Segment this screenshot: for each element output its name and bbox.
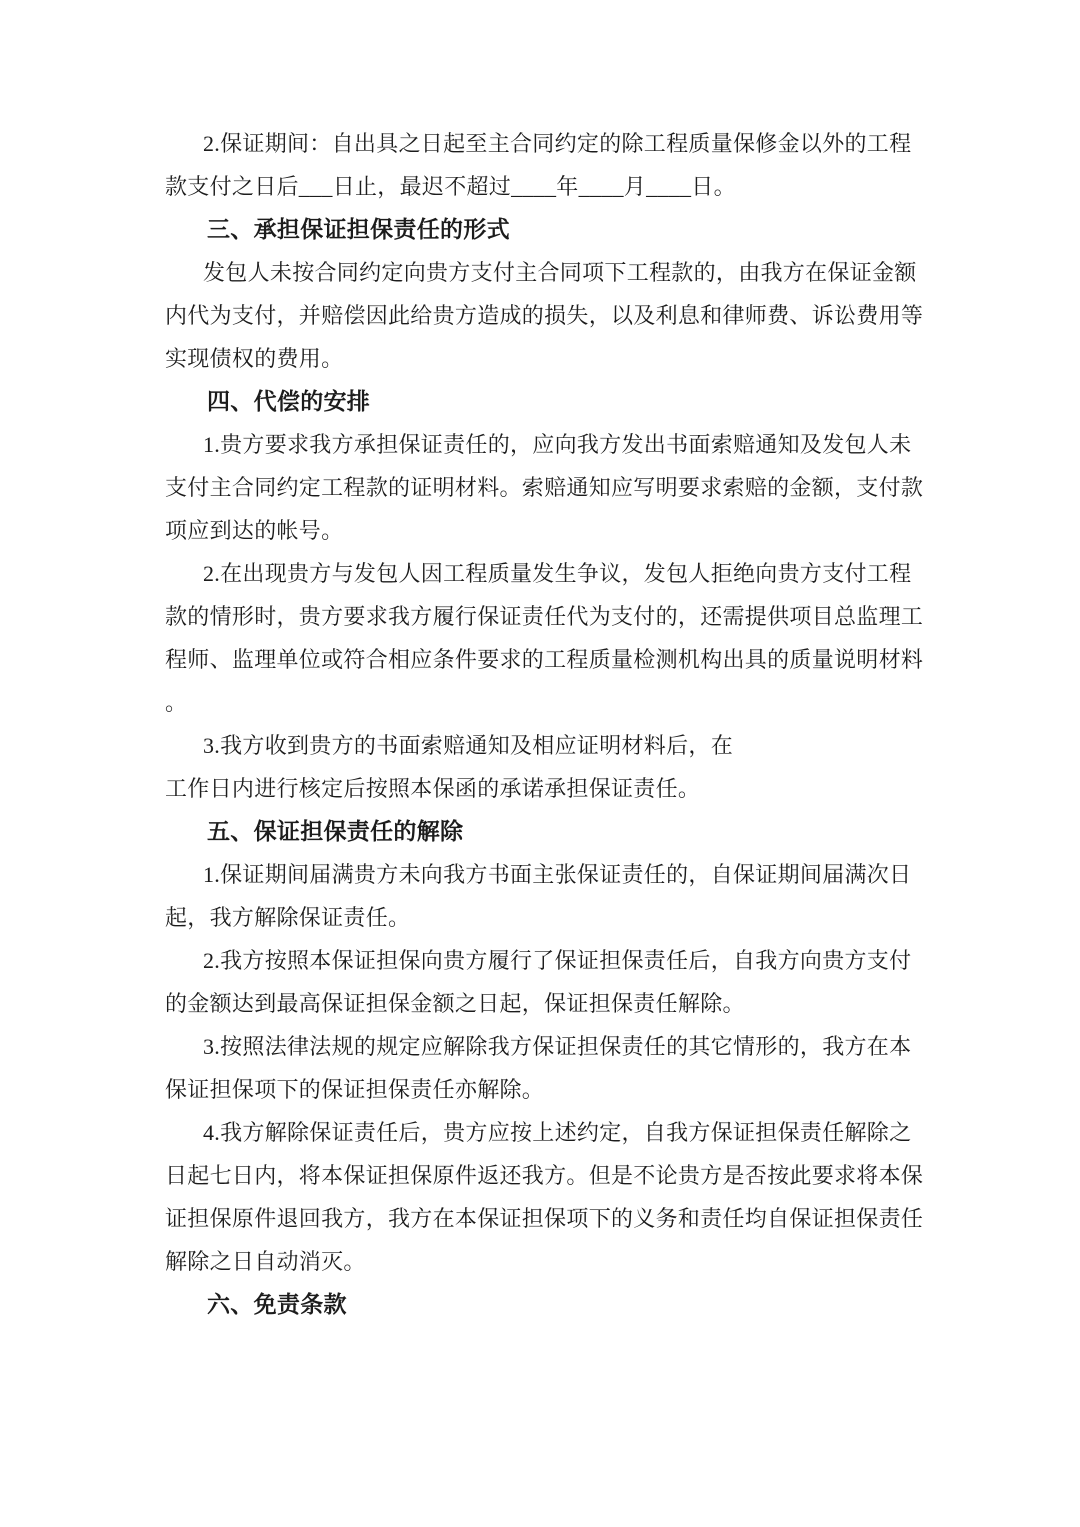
- paragraph-line: 2.在出现贵方与发包人因工程质量发生争议，发包人拒绝向贵方支付工程: [165, 552, 917, 595]
- paragraph-line: 2.我方按照本保证担保向贵方履行了保证担保责任后，自我方向贵方支付: [165, 939, 917, 982]
- paragraph-line: 日起七日内，将本保证担保原件返还我方。但是不论贵方是否按此要求将本保: [165, 1154, 917, 1197]
- paragraph-line: 起，我方解除保证责任。: [165, 896, 917, 939]
- section-heading: 三、承担保证担保责任的形式: [165, 208, 917, 251]
- paragraph-line: 1.保证期间届满贵方未向我方书面主张保证责任的，自保证期间届满次日: [165, 853, 917, 896]
- paragraph-line: 程师、监理单位或符合相应条件要求的工程质量检测机构出具的质量说明材料: [165, 638, 917, 681]
- paragraph-line: 项应到达的帐号。: [165, 509, 917, 552]
- paragraph-line: 内代为支付，并赔偿因此给贵方造成的损失，以及利息和律师费、诉讼费用等: [165, 294, 917, 337]
- paragraph-line: 款的情形时，贵方要求我方履行保证责任代为支付的，还需提供项目总监理工: [165, 595, 917, 638]
- document-body: 2.保证期间：自出具之日起至主合同约定的除工程质量保修金以外的工程 款支付之日后…: [165, 122, 917, 1326]
- paragraph-line: 发包人未按合同约定向贵方支付主合同项下工程款的，由我方在保证金额: [165, 251, 917, 294]
- document-page: 2.保证期间：自出具之日起至主合同约定的除工程质量保修金以外的工程 款支付之日后…: [0, 0, 1080, 1527]
- paragraph-line: 1.贵方要求我方承担保证责任的，应向我方发出书面索赔通知及发包人未: [165, 423, 917, 466]
- section-heading: 五、保证担保责任的解除: [165, 810, 917, 853]
- paragraph-line: 工作日内进行核定后按照本保函的承诺承担保证责任。: [165, 767, 917, 810]
- paragraph-line: 3.我方收到贵方的书面索赔通知及相应证明材料后，在: [165, 724, 917, 767]
- section-heading: 四、代偿的安排: [165, 380, 917, 423]
- paragraph-line: 的金额达到最高保证担保金额之日起，保证担保责任解除。: [165, 982, 917, 1025]
- paragraph-line: 支付主合同约定工程款的证明材料。索赔通知应写明要求索赔的金额，支付款: [165, 466, 917, 509]
- paragraph-line: 证担保原件退回我方，我方在本保证担保项下的义务和责任均自保证担保责任: [165, 1197, 917, 1240]
- section-heading: 六、免责条款: [165, 1283, 917, 1326]
- paragraph-line: 款支付之日后___日止，最迟不超过____年____月____日。: [165, 165, 917, 208]
- paragraph-line: 4.我方解除保证责任后，贵方应按上述约定，自我方保证担保责任解除之: [165, 1111, 917, 1154]
- paragraph-line: 。: [165, 681, 917, 724]
- paragraph-line: 2.保证期间：自出具之日起至主合同约定的除工程质量保修金以外的工程: [165, 122, 917, 165]
- paragraph-line: 解除之日自动消灭。: [165, 1240, 917, 1283]
- paragraph-line: 3.按照法律法规的规定应解除我方保证担保责任的其它情形的，我方在本: [165, 1025, 917, 1068]
- paragraph-line: 实现债权的费用。: [165, 337, 917, 380]
- paragraph-line: 保证担保项下的保证担保责任亦解除。: [165, 1068, 917, 1111]
